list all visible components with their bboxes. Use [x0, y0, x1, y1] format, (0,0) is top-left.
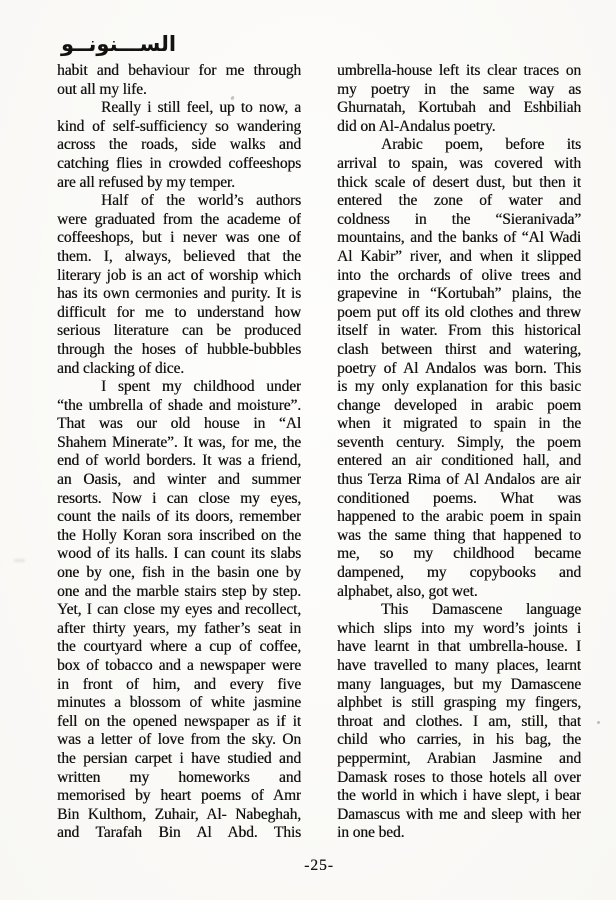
- text-line: child who carries, in his bag, the: [337, 731, 581, 750]
- text-line: Yet, I can close my eyes and recollect,: [57, 601, 301, 620]
- text-line: grapevine in “Kortubah” plains, the: [337, 285, 581, 304]
- text-line: Bin Kulthom, Zuhair, Al- Nabeghah,: [57, 806, 301, 825]
- text-line: the persian carpet i have studied and: [57, 750, 301, 769]
- text-line: I spent my childhood under: [57, 378, 301, 397]
- book-title-arabic: الســـنونــو: [61, 30, 176, 58]
- book-page: الســـنونــو habit and behaviour for me …: [0, 0, 616, 900]
- text-line: resorts. Now i can close my eyes,: [57, 490, 301, 509]
- text-line: poem put off its old clothes and threw: [337, 304, 581, 323]
- text-line: box of tobacco and a newspaper were: [57, 657, 301, 676]
- text-line: wood of its halls. I can count its slabs: [57, 545, 301, 564]
- text-line: written my homeworks and: [57, 769, 301, 788]
- text-line: serious literature can be produced: [57, 322, 301, 341]
- text-line: was a letter of love from the sky. On: [57, 731, 301, 750]
- text-line: seventh century. Simply, the poem: [337, 434, 581, 453]
- text-line: change developed in arabic poem: [337, 397, 581, 416]
- left-column: habit and behaviour for me throughout al…: [57, 62, 301, 843]
- text-line: coldness in the “Sieranivada”: [337, 211, 581, 230]
- text-line: difficult for me to understand how: [57, 304, 301, 323]
- text-line: dampened, my copybooks and: [337, 564, 581, 583]
- text-line: fell on the opened newspaper as if it: [57, 713, 301, 732]
- text-line: in one bed.: [337, 824, 581, 843]
- text-line: peppermint, Arabian Jasmine and: [337, 750, 581, 769]
- text-line: happened to the arabic poem in spain: [337, 508, 581, 527]
- text-line: coffeeshops, but i never was one of: [57, 229, 301, 248]
- paragraph: habit and behaviour for me throughout al…: [57, 62, 301, 99]
- text-line: are all refused by my temper.: [57, 174, 301, 193]
- text-line: were graduated from the academe of: [57, 211, 301, 230]
- text-line: one and the marble stairs step by step.: [57, 583, 301, 602]
- text-line: across the roads, side walks and: [57, 136, 301, 155]
- text-line: Damask roses to those hotels all over: [337, 769, 581, 788]
- text-line: itself in water. From this historical: [337, 322, 581, 341]
- text-line: alphabet, also, got wet.: [337, 583, 581, 602]
- text-line: the courtyard where a cup of coffee,: [57, 638, 301, 657]
- paragraph: This Damascene languagewhich slips into …: [337, 601, 581, 843]
- text-line: clash between thirst and watering,: [337, 341, 581, 360]
- text-line: poetry of Al Andalos was born. This: [337, 360, 581, 379]
- text-line: which slips into my word’s joints i: [337, 620, 581, 639]
- text-line: thick scale of desert dust, but then it: [337, 174, 581, 193]
- text-line: Ghurnatah, Kortubah and Eshbiliah: [337, 99, 581, 118]
- text-line: and Tarafah Bin Al Abd. This: [57, 824, 301, 843]
- text-line: kind of self-sufficiency so wandering: [57, 118, 301, 137]
- text-line: mountains, and the banks of “Al Wadi: [337, 229, 581, 248]
- text-line: “the umbrella of shade and moisture”.: [57, 397, 301, 416]
- text-line: count the nails of its doors, remember: [57, 508, 301, 527]
- text-line: Shahem Minerate”. It was, for me, the: [57, 434, 301, 453]
- text-line: umbrella-house left its clear traces on: [337, 62, 581, 81]
- text-line: many languages, but my Damascene: [337, 676, 581, 695]
- text-line: entered the zone of water and: [337, 192, 581, 211]
- text-line: habit and behaviour for me through: [57, 62, 301, 81]
- scan-speck: [597, 721, 600, 724]
- text-line: catching flies in crowded coffeeshops: [57, 155, 301, 174]
- right-column: umbrella-house left its clear traces onm…: [337, 62, 581, 843]
- text-line: the Holly Koran sora inscribed on the: [57, 527, 301, 546]
- text-line: after thirty years, my father’s seat in: [57, 620, 301, 639]
- text-line: This Damascene language: [337, 601, 581, 620]
- text-line: out all my life.: [57, 81, 301, 100]
- text-line: one by one, fish in the basin one by: [57, 564, 301, 583]
- page-number: -25-: [57, 857, 581, 875]
- text-line: throat and clothes. I am, still, that: [337, 713, 581, 732]
- paragraph: Really i still feel, up to now, akind of…: [57, 99, 301, 192]
- text-line: was the same thing that happened to: [337, 527, 581, 546]
- text-line: end of world borders. It was a friend,: [57, 452, 301, 471]
- text-line: arrival to spain, was covered with: [337, 155, 581, 174]
- text-line: into the orchards of olive trees and: [337, 267, 581, 286]
- text-line: me, so my childhood became: [337, 545, 581, 564]
- text-line: Half of the world’s authors: [57, 192, 301, 211]
- text-line: and clacking of dice.: [57, 360, 301, 379]
- text-line: Really i still feel, up to now, a: [57, 99, 301, 118]
- text-line: alphbet is still grasping my fingers,: [337, 694, 581, 713]
- text-line: did on Al-Andalus poetry.: [337, 118, 581, 137]
- text-line: through the hoses of hubble-bubbles: [57, 341, 301, 360]
- text-line: is my only explanation for this basic: [337, 378, 581, 397]
- text-line: Al Kabir” river, and when it slipped: [337, 248, 581, 267]
- text-line: minutes a blossom of white jasmine: [57, 694, 301, 713]
- text-line: have travelled to many places, learnt: [337, 657, 581, 676]
- text-line: have learnt in that umbrella-house. I: [337, 638, 581, 657]
- paragraph: I spent my childhood under“the umbrella …: [57, 378, 301, 843]
- paragraph: Half of the world’s authorswere graduate…: [57, 192, 301, 378]
- text-line: thus Terza Rima of Al Andalos are air: [337, 471, 581, 490]
- text-line: conditioned poems. What was: [337, 490, 581, 509]
- text-line: Arabic poem, before its: [337, 136, 581, 155]
- scan-speck: [14, 559, 25, 562]
- text-line: has its own cermonies and purity. It is: [57, 285, 301, 304]
- text-line: entered an air conditioned hall, and: [337, 452, 581, 471]
- text-line: Damascus with me and sleep with her: [337, 806, 581, 825]
- text-line: memorised by heart poems of Amr: [57, 787, 301, 806]
- text-line: in front of him, and every five: [57, 676, 301, 695]
- paragraph: Arabic poem, before itsarrival to spain,…: [337, 136, 581, 601]
- text-line: literary job is an act of worship which: [57, 267, 301, 286]
- text-line: when it migrated to spain in the: [337, 415, 581, 434]
- text-line: an Oasis, and winter and summer: [57, 471, 301, 490]
- text-line: That was our old house in “Al: [57, 415, 301, 434]
- text-line: them. I, always, believed that the: [57, 248, 301, 267]
- text-line: my poetry in the same way as: [337, 81, 581, 100]
- paragraph: umbrella-house left its clear traces onm…: [337, 62, 581, 136]
- text-line: the world in which i have slept, i bear: [337, 787, 581, 806]
